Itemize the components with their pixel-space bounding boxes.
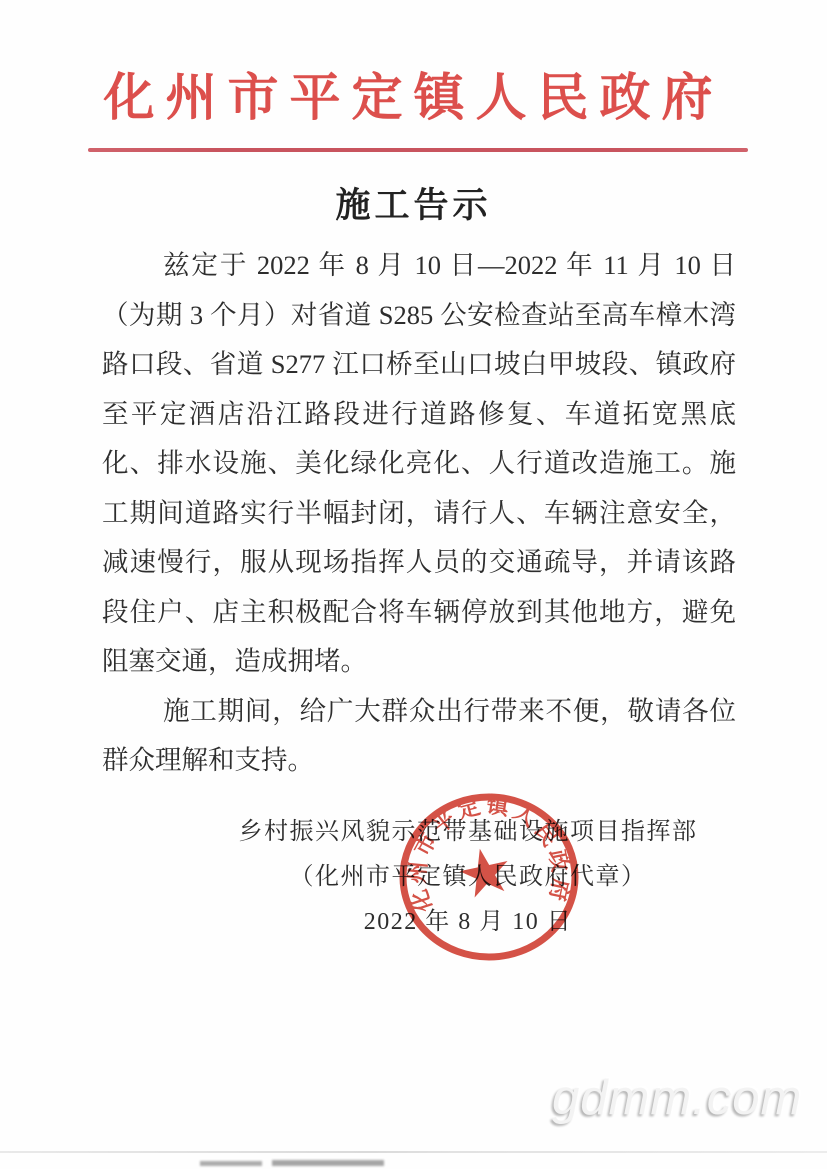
- signature-org-line: 乡村振兴风貌示范带基础设施项目指挥部: [188, 810, 748, 855]
- scan-smudge: [272, 1160, 384, 1166]
- page-bottom-edge-line: [0, 1151, 827, 1153]
- letterhead-agency-title: 化州市平定镇人民政府: [0, 56, 827, 130]
- watermark-text: gdmm.com: [552, 1070, 802, 1126]
- letterhead-divider-rule: [88, 148, 748, 152]
- body-paragraph: 施工期间，给广大群众出行带来不便，敬请各位群众理解和支持。: [102, 687, 736, 786]
- document-page: 化州市平定镇人民政府 施工告示 兹定于 2022 年 8 月 10 日—2022…: [0, 0, 827, 1169]
- signature-on-behalf-line: （化州市平定镇人民政府代章）: [188, 855, 748, 900]
- body-paragraph: 兹定于 2022 年 8 月 10 日—2022 年 11 月 10 日（为期 …: [102, 241, 736, 687]
- document-body: 兹定于 2022 年 8 月 10 日—2022 年 11 月 10 日（为期 …: [102, 241, 736, 786]
- signature-block: 乡村振兴风貌示范带基础设施项目指挥部 （化州市平定镇人民政府代章） 2022 年…: [188, 810, 748, 945]
- document-title: 施工告示: [0, 178, 827, 228]
- scan-smudge: [200, 1161, 262, 1166]
- signature-date-line: 2022 年 8 月 10 日: [188, 900, 748, 945]
